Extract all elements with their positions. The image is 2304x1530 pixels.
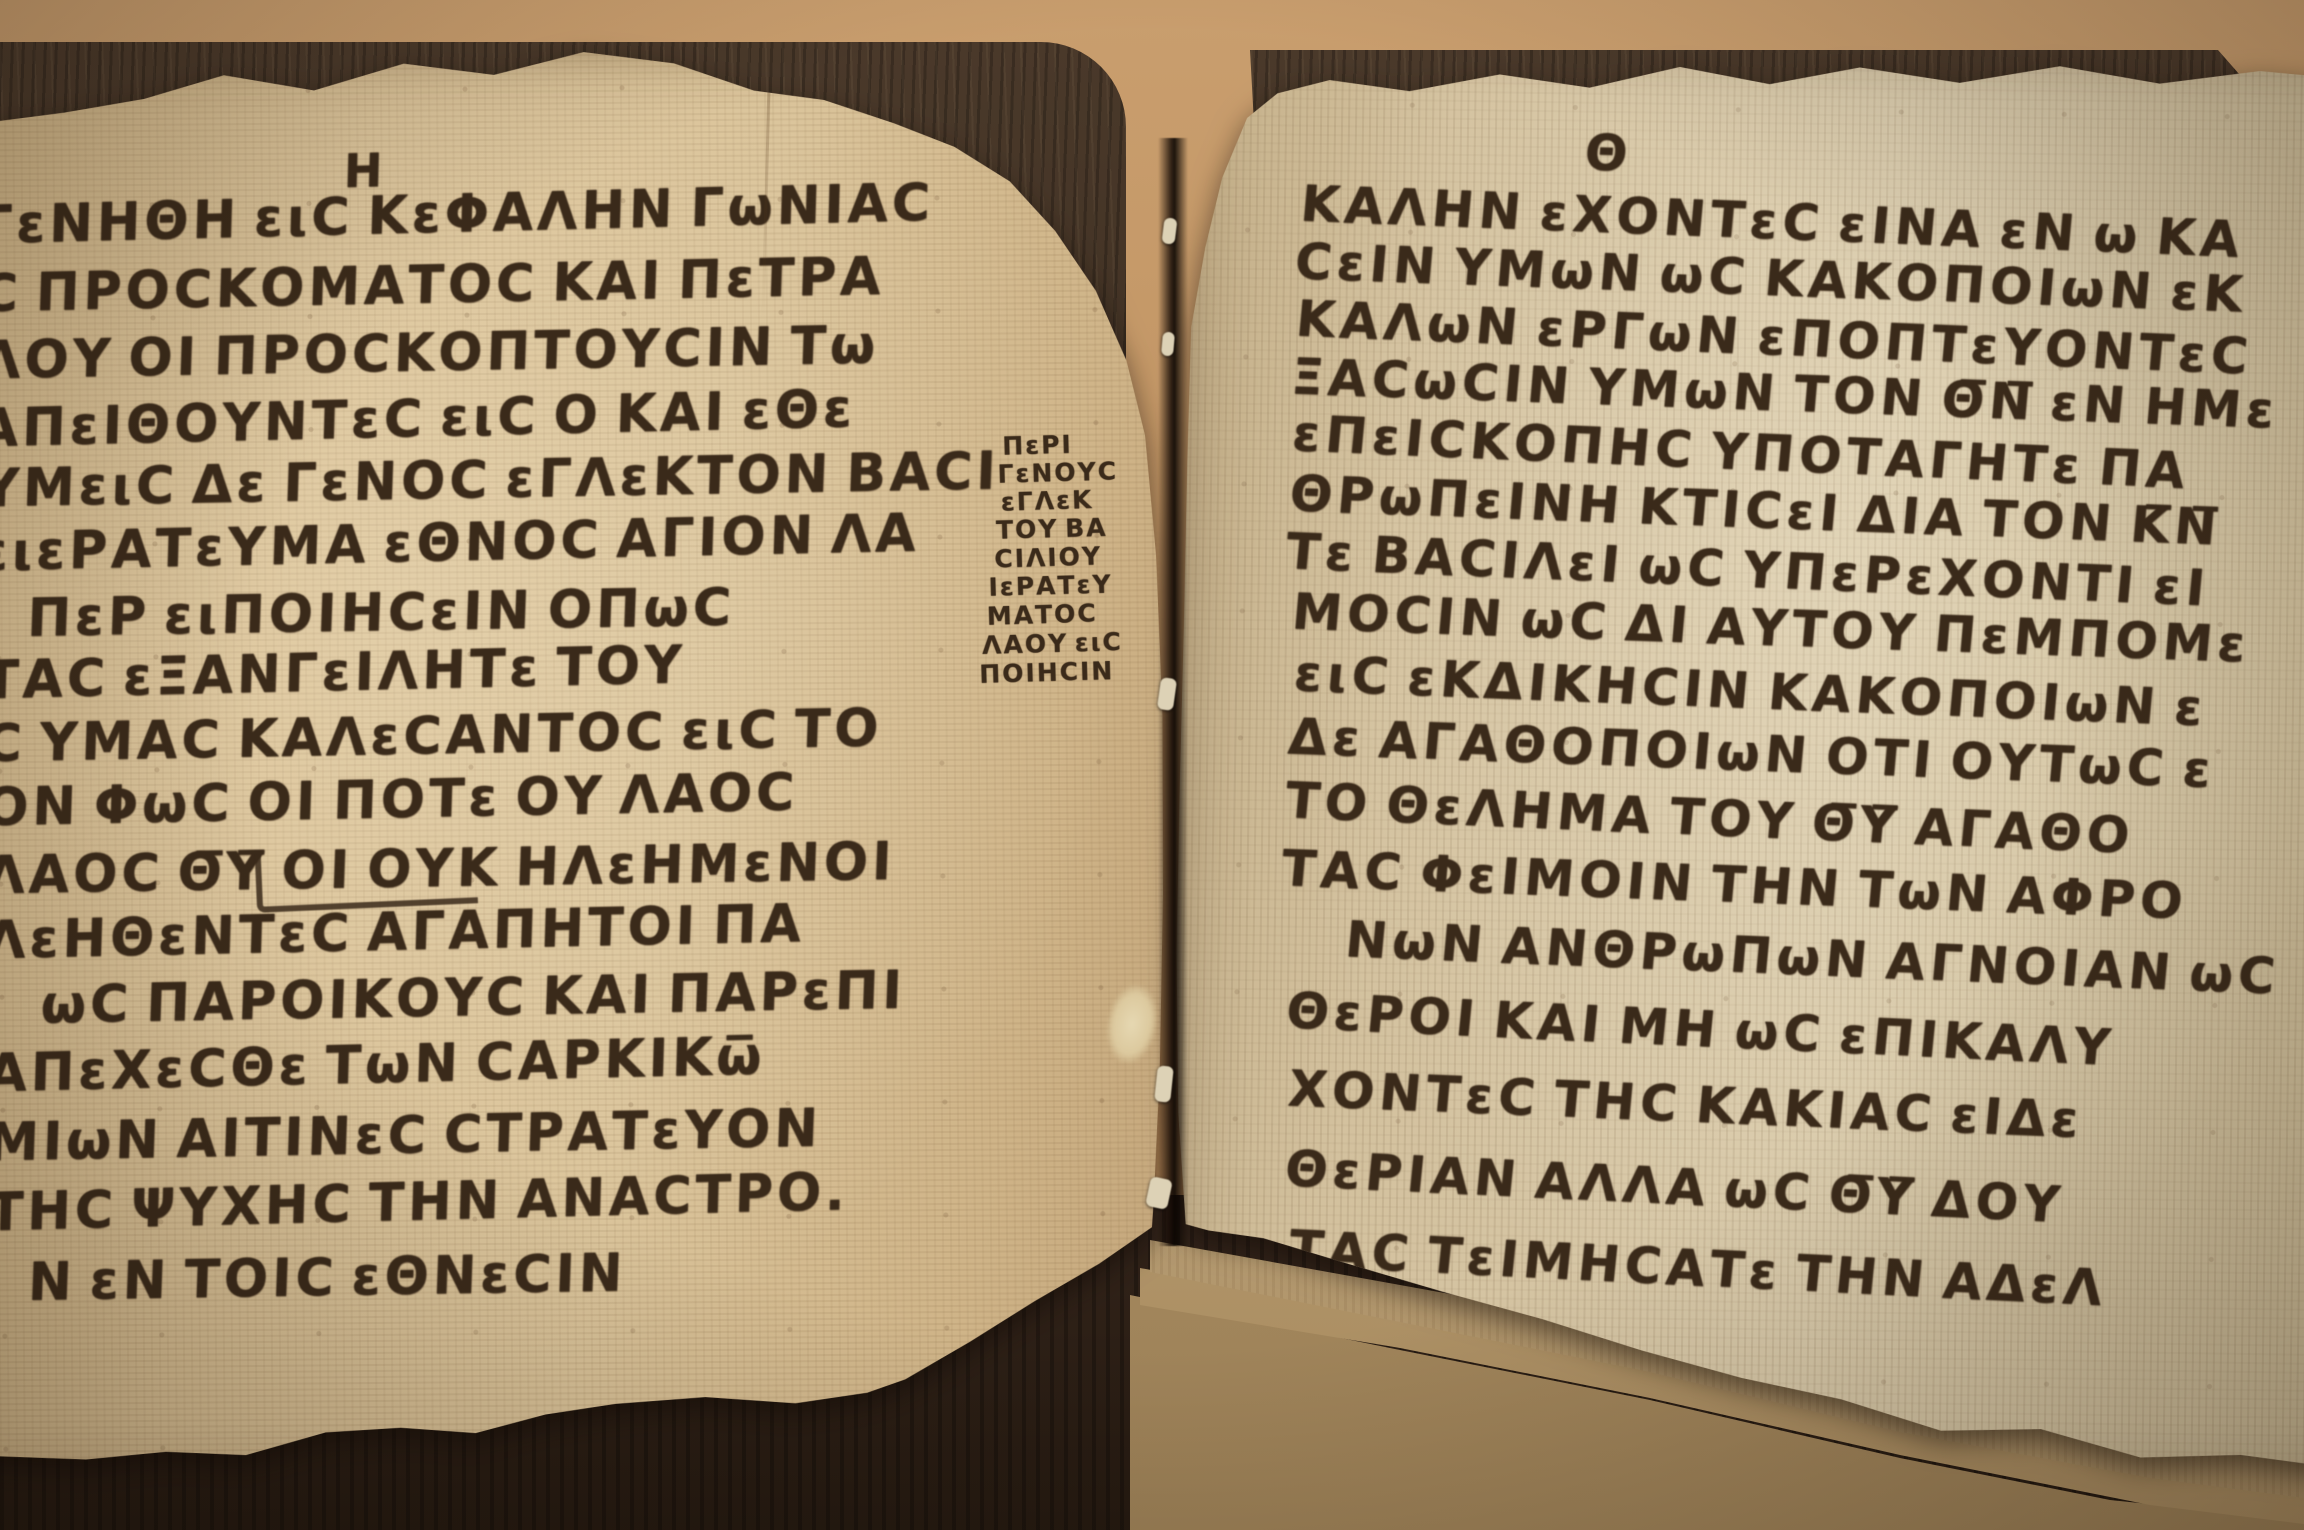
- left-page: Η ΓεΝΗΘΗ ειC ΚεΦΑΛΗΝ ΓωΝΙΑC C ΠΡΟCΚΟΜΑΤΟ…: [0, 43, 1236, 1514]
- text-line: ΤΗC ΨΥΧΗC ΤΗΝ ΑΝΑCΤΡΟ.: [0, 1166, 850, 1239]
- right-page-papyrus: Θ ΚΑΛΗΝ εΧΟΝΤεC εΙΝΑ εΝ ω ΚΑ CεΙΝ ΥΜωΝ ω…: [1140, 32, 2304, 1519]
- margin-note-line: ΓεΝΟΥC: [997, 458, 1118, 486]
- text-line: ΑΠεΙΘΟΥΝΤεC ειC Ο ΚΑΙ εΘε: [0, 383, 857, 455]
- text-line: ΠεΡ ειΠΟΙΗCεΙΝ ΟΠωC: [26, 582, 735, 645]
- text-line: ΛεΗΘεΝΤεC ΑΓΑΠΗΤΟΙ ΠΑ: [0, 898, 806, 967]
- text-line: ωC ΠΑΡΟΙΚΟΥC ΚΑΙ ΠΑΡεΠΙ: [40, 965, 907, 1032]
- margin-note-line: ΠεΡΙ: [1002, 432, 1073, 459]
- text-line: C ΥΜΑC ΚΑΛεCΑΝΤΟC ειC ΤΟ: [0, 703, 883, 771]
- text-line: ΤΑC ΤεΙΜΗCΑΤε ΤΗΝ ΑΔεΛ: [1287, 1224, 2110, 1314]
- margin-note-line: ΠΟΙΗCΙΝ: [979, 658, 1115, 687]
- text-line: ειεΡΑΤεΥΜΑ εΘΝΟC ΑΓΙΟΝ ΛΑ: [0, 508, 920, 580]
- paragraphos-mark: [255, 845, 478, 913]
- text-line: Ν εΝ ΤΟΙC εΘΝεCΙΝ: [27, 1248, 627, 1309]
- margin-note-line: ΤΟΥ ΒΑ: [996, 515, 1108, 543]
- text-line: ΛΟΥ ΟΙ ΠΡΟCΚΟΠΤΟΥCΙΝ Τω: [0, 320, 880, 388]
- text-line: ΟΝ ΦωC ΟΙ ΠΟΤε ΟΥ ΛΑΟC: [0, 767, 799, 835]
- text-line: ΓεΝΗΘΗ ειC ΚεΦΑΛΗΝ ΓωΝΙΑC: [0, 177, 935, 252]
- margin-note-line: ΙεΡΑΤεΥ: [988, 571, 1113, 599]
- text-line: ΑΠεΧεCΘε ΤωΝ CΑΡΚΙΚω̅: [0, 1031, 766, 1101]
- right-page-number: Θ: [1583, 128, 1635, 179]
- margin-note-line: ΜΑΤΟC: [986, 600, 1098, 628]
- margin-note-line: εΓΛεΚ: [1000, 487, 1093, 515]
- text-line: ΘεΡΟΙ ΚΑΙ ΜΗ ωC εΠΙΚΑΛΥ: [1284, 986, 2117, 1073]
- right-page: Θ ΚΑΛΗΝ εΧΟΝΤεC εΙΝΑ εΝ ω ΚΑ CεΙΝ ΥΜωΝ ω…: [1140, 32, 2304, 1519]
- manuscript-photo: { "scene": { "description": "Photograph …: [0, 0, 2304, 1530]
- text-line: ΤΑC εΞΑΝΓεΙΛΗΤε ΤΟΥ: [0, 639, 686, 707]
- margin-note-line: ΛΑΟΥ ειC: [982, 629, 1123, 658]
- text-line: C ΠΡΟCΚΟΜΑΤΟC ΚΑΙ ΠεΤΡΑ: [0, 251, 885, 320]
- margin-note-line: CΙΛΙΟΥ: [994, 543, 1102, 571]
- text-line: ΧΟΝΤεC ΤΗC ΚΑΚΙΑC εΙΔε: [1286, 1064, 2086, 1146]
- text-line: ΜΙωΝ ΑΙΤΙΝεC CΤΡΑΤεΥΟΝ: [0, 1103, 823, 1170]
- left-page-papyrus: Η ΓεΝΗΘΗ ειC ΚεΦΑΛΗΝ ΓωΝΙΑC C ΠΡΟCΚΟΜΑΤΟ…: [0, 43, 1236, 1514]
- text-line: ΘεΡΙΑΝ ΑΛΛΑ ωC Θ̅Υ̅ ΔΟΥ: [1283, 1144, 2067, 1231]
